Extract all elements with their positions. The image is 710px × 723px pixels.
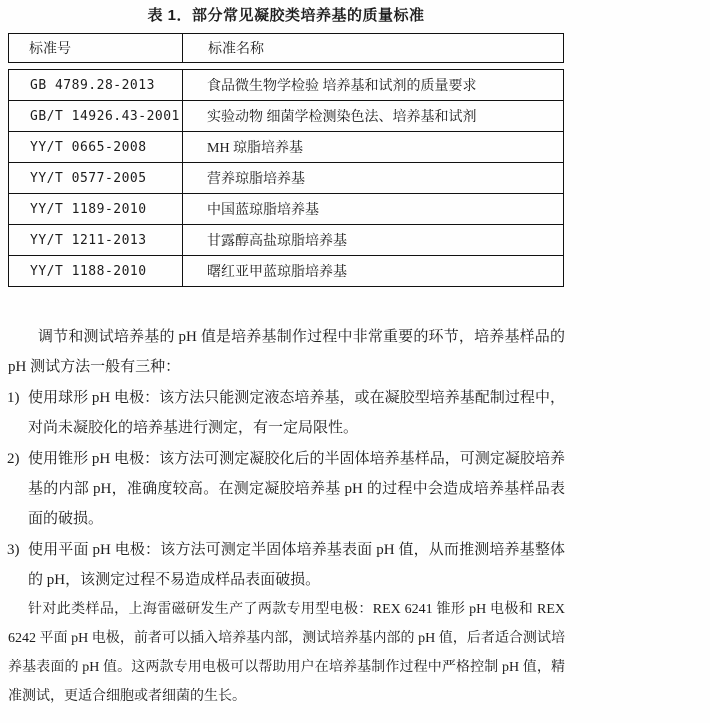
cell-standard-name: 曙红亚甲蓝琼脂培养基 [183,256,564,287]
cell-standard-name: 营养琼脂培养基 [183,163,564,194]
table-row: GB 4789.28-2013食品微生物学检验 培养基和试剂的质量要求 [9,70,564,101]
table-row: YY/T 0665-2008MH 琼脂培养基 [9,132,564,163]
standards-table-body: GB 4789.28-2013食品微生物学检验 培养基和试剂的质量要求GB/T … [9,70,564,287]
cell-standard-name: 实验动物 细菌学检测染色法、培养基和试剂 [183,101,564,132]
standards-table: 标准号 标准名称 GB 4789.28-2013食品微生物学检验 培养基和试剂的… [8,33,564,287]
table-title: 表 1．部分常见凝胶类培养基的质量标准 [8,6,564,26]
cell-standard-number: YY/T 0665-2008 [9,132,183,163]
cell-standard-number: YY/T 0577-2005 [9,163,183,194]
list-item: 2)使用锥形 pH 电极：该方法可测定凝胶化后的半固体培养基样品，可测定凝胶培养… [8,444,565,534]
cell-standard-name: 中国蓝琼脂培养基 [183,194,564,225]
cell-standard-number: GB/T 14926.43-2001 [9,101,183,132]
header-cell-standard-name: 标准名称 [183,34,563,62]
cell-standard-name: 甘露醇高盐琼脂培养基 [183,225,564,256]
cell-standard-number: YY/T 1189-2010 [9,194,183,225]
document-page: 表 1．部分常见凝胶类培养基的质量标准 标准号 标准名称 GB 4789.28-… [0,0,710,723]
list-item-number: 1) [7,383,20,413]
table-row: YY/T 1211-2013甘露醇高盐琼脂培养基 [9,225,564,256]
header-cell-standard-number: 标准号 [9,34,183,62]
table-row: YY/T 1188-2010曙红亚甲蓝琼脂培养基 [9,256,564,287]
list-item-text: 使用平面 pH 电极：该方法可测定半固体培养基表面 pH 值，从而推测培养基整体… [28,542,565,588]
table-row: GB/T 14926.43-2001实验动物 细菌学检测染色法、培养基和试剂 [9,101,564,132]
cell-standard-number: GB 4789.28-2013 [9,70,183,101]
list-item-text: 使用锥形 pH 电极：该方法可测定凝胶化后的半固体培养基样品，可测定凝胶培养基的… [28,451,565,527]
list-item-number: 3) [7,535,20,565]
ph-methods-list: 1)使用球形 pH 电极：该方法只能测定液态培养基，或在凝胶型培养基配制过程中，… [8,383,565,595]
list-item-number: 2) [7,444,20,474]
standards-table-body-grid: GB 4789.28-2013食品微生物学检验 培养基和试剂的质量要求GB/T … [8,69,564,287]
list-item: 3)使用平面 pH 电极：该方法可测定半固体培养基表面 pH 值，从而推测培养基… [8,535,565,595]
table-header-row: 标准号 标准名称 [8,33,564,63]
intro-paragraph: 调节和测试培养基的 pH 值是培养基制作过程中非常重要的环节，培养基样品的 pH… [8,322,565,382]
article-body: 调节和测试培养基的 pH 值是培养基制作过程中非常重要的环节，培养基样品的 pH… [8,322,565,711]
closing-paragraph: 针对此类样品，上海雷磁研发生产了两款专用型电极：REX 6241 锥形 pH 电… [8,595,565,711]
cell-standard-number: YY/T 1211-2013 [9,225,183,256]
cell-standard-number: YY/T 1188-2010 [9,256,183,287]
table-row: YY/T 0577-2005营养琼脂培养基 [9,163,564,194]
list-item: 1)使用球形 pH 电极：该方法只能测定液态培养基，或在凝胶型培养基配制过程中，… [8,383,565,443]
list-item-text: 使用球形 pH 电极：该方法只能测定液态培养基，或在凝胶型培养基配制过程中，对尚… [28,390,565,436]
cell-standard-name: MH 琼脂培养基 [183,132,564,163]
cell-standard-name: 食品微生物学检验 培养基和试剂的质量要求 [183,70,564,101]
table-row: YY/T 1189-2010中国蓝琼脂培养基 [9,194,564,225]
